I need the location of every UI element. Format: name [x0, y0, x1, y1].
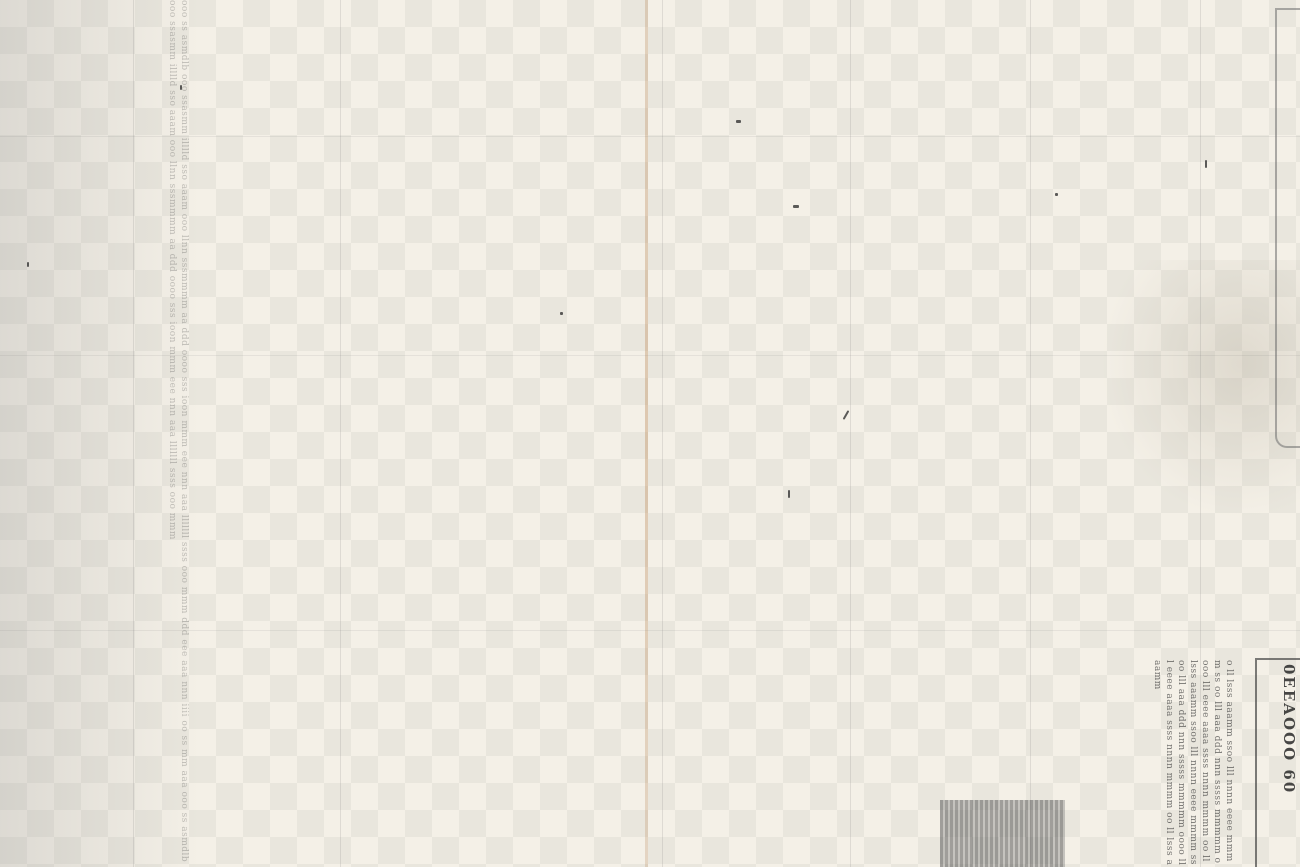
ink-smudge	[940, 800, 1065, 867]
dust-speck	[793, 205, 799, 208]
faint-rule	[340, 0, 341, 867]
faint-rule	[0, 136, 1300, 137]
torn-edge-frame	[1275, 8, 1300, 448]
dust-speck	[1055, 193, 1058, 196]
dust-speck	[736, 120, 741, 123]
center-fold-crease	[645, 0, 648, 867]
faded-newsprint-left: ooo ss asmdlb ooo ssasmm illlld sso aaam…	[10, 0, 190, 867]
dust-speck	[560, 312, 563, 315]
dust-speck	[1205, 160, 1207, 168]
faint-rule	[662, 0, 663, 867]
faint-rule	[850, 0, 851, 867]
dust-speck	[27, 262, 29, 267]
dust-speck	[788, 490, 790, 498]
faint-rule	[0, 355, 1300, 356]
faint-rule	[0, 630, 1300, 631]
dust-speck	[180, 85, 182, 90]
headline-fragment: 0EEAOOO 60	[1255, 658, 1300, 867]
